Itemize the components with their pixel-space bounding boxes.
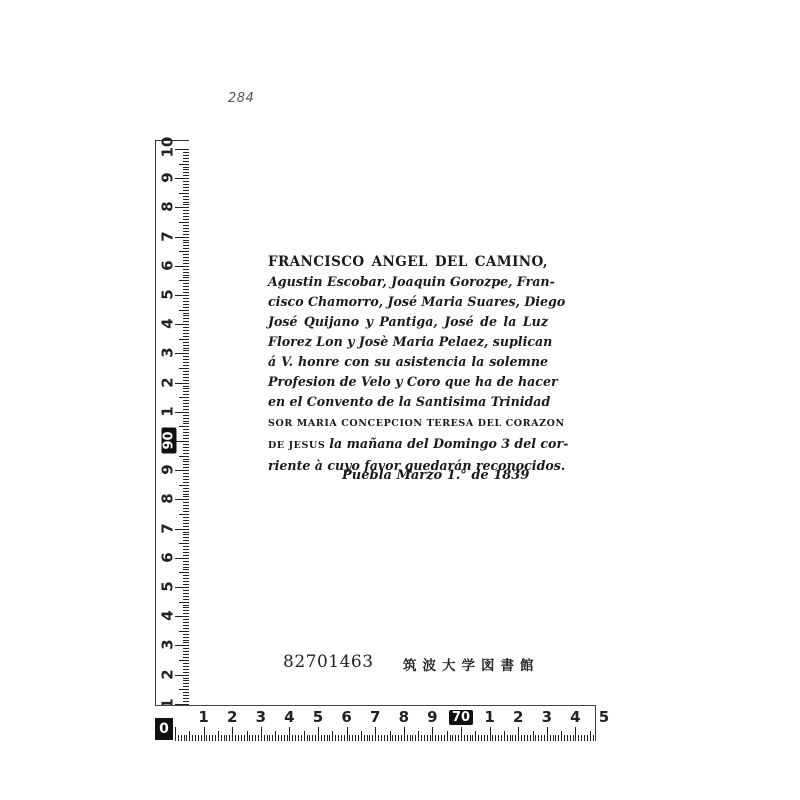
ruler-label: 1 (161, 402, 176, 420)
ruler-label: 70 (449, 710, 473, 725)
horizontal-ruler-ticks (155, 727, 595, 741)
ruler-label: 8 (161, 490, 176, 508)
text-line: cisco Chamorro, José Maria Suares, Diego (268, 292, 548, 312)
text-line: Florez Lon y Josè Maria Pelaez, suplican (268, 332, 548, 352)
ruler-label: 2 (224, 710, 240, 725)
text-line: á V. honre con su asistencia la solemne (268, 352, 548, 372)
ruler-label: 9 (161, 169, 176, 187)
ruler-label: 2 (161, 665, 176, 683)
ruler-label: 4 (161, 607, 176, 625)
ruler-label: 10 (161, 140, 176, 158)
ruler-label: 5 (596, 710, 612, 725)
ruler-label: 4 (161, 315, 176, 333)
ruler-label: 90 (162, 428, 177, 454)
ruler-label: 7 (161, 519, 176, 537)
ruler-label: 9 (424, 710, 440, 725)
ruler-label: 2 (161, 373, 176, 391)
ruler-label: 5 (161, 578, 176, 596)
ruler-label: 6 (161, 256, 176, 274)
handwritten-page-number: 284 (228, 91, 254, 106)
ruler-label: 3 (161, 636, 176, 654)
ruler-label: 4 (567, 710, 583, 725)
vertical-scale-ruler: 1234567899012345678910 (155, 140, 189, 741)
ruler-label: 4 (281, 710, 297, 725)
text-line: SOR MARIA CONCEPCION TERESA DEL CORAZON (268, 412, 548, 434)
text-line: FRANCISCO ANGEL DEL CAMINO, (268, 252, 548, 272)
ruler-label: 7 (161, 227, 176, 245)
ruler-label: 6 (339, 710, 355, 725)
ruler-label: 2 (510, 710, 526, 725)
text-line: Agustin Escobar, Joaquin Gorozpe, Fran- (268, 272, 548, 292)
library-stamp: 筑波大学図書館 (403, 654, 540, 674)
ruler-label: 8 (161, 198, 176, 216)
ruler-label: 1 (196, 710, 212, 725)
text-line: José Quijano y Pantiga, José de la Luz (268, 312, 548, 332)
ruler-label: 3 (539, 710, 555, 725)
dateline: Puebla Marzo 1.° de 1839 (342, 468, 529, 483)
text-line: en el Convento de la Santisima Trinidad (268, 392, 548, 412)
ruler-label: 9 (161, 461, 176, 479)
ruler-label: 3 (253, 710, 269, 725)
ruler-label: 1 (482, 710, 498, 725)
horizontal-scale-ruler: 1234567897012345 (155, 705, 596, 741)
ruler-label: 3 (161, 344, 176, 362)
ruler-label: 5 (310, 710, 326, 725)
ruler-label: 5 (161, 286, 176, 304)
call-number: 82701463 (283, 652, 374, 672)
ruler-label: 7 (367, 710, 383, 725)
vertical-ruler-ticks (175, 141, 189, 741)
ruler-label: 6 (161, 548, 176, 566)
text-line: DE JESUS la mañana del Domingo 3 del cor… (268, 434, 548, 456)
ruler-zero-marker: 0 (155, 718, 173, 740)
invitation-text: FRANCISCO ANGEL DEL CAMINO,Agustin Escob… (268, 252, 548, 476)
text-line: Profesion de Velo y Coro que ha de hacer (268, 372, 548, 392)
ruler-label: 8 (396, 710, 412, 725)
